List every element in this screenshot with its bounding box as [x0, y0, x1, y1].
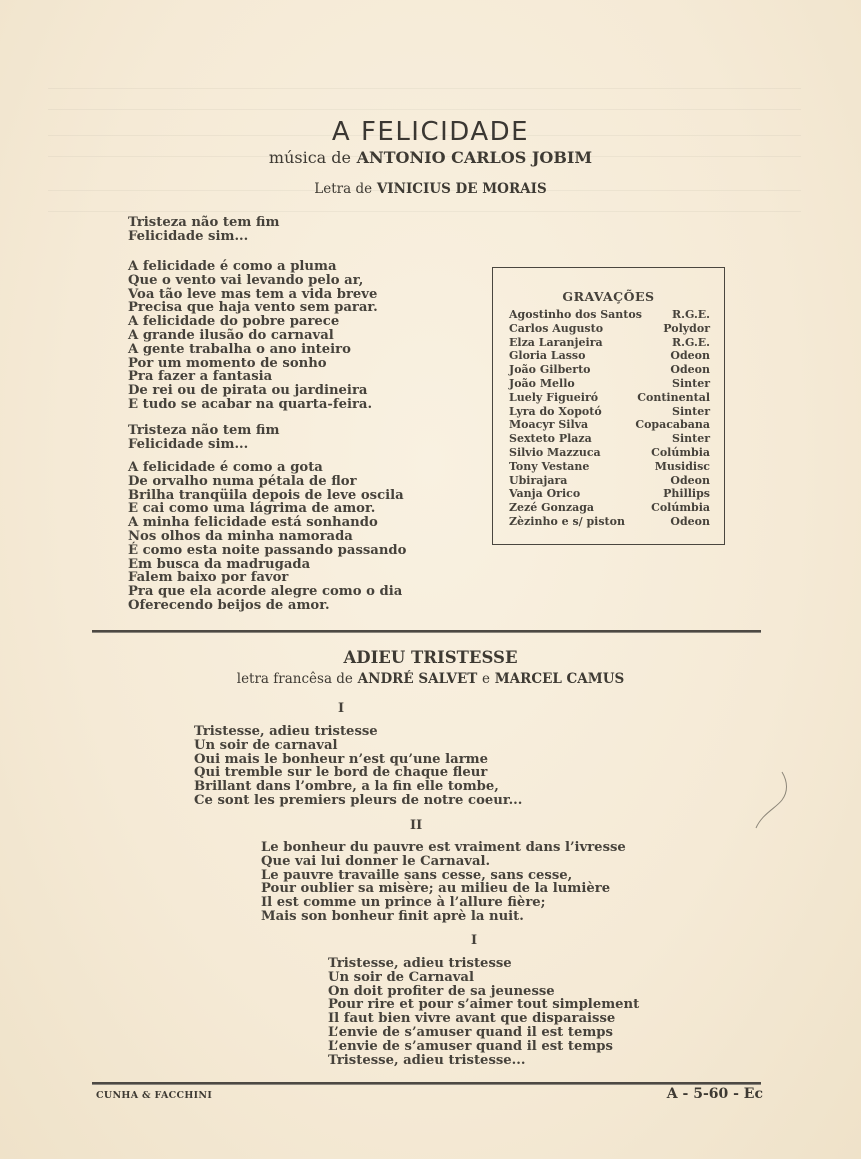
recording-label: Polydor [663, 322, 710, 336]
lyric-line: Pra que ela acorde alegre como o dia [128, 585, 406, 599]
lyric-line: Brilha tranqüila depois de leve oscila [128, 489, 406, 503]
recording-artist: Ubirajara [509, 474, 567, 488]
recording-label: Sinter [672, 377, 710, 391]
pencil-mark-icon [752, 770, 792, 830]
lyric-line: Un soir de Carnaval [328, 971, 639, 985]
recording-label: Musidisc [655, 460, 710, 474]
lyric-line: On doit profiter de sa jeunesse [328, 985, 639, 999]
lyricist-credit: Letra de VINICIUS DE MORAIS [0, 181, 861, 197]
recording-row: Sexteto PlazaSinter [509, 432, 710, 446]
recording-label: Odeon [670, 515, 710, 529]
recording-label: Sinter [672, 432, 710, 446]
song2-credit: letra francêsa de ANDRÉ SALVET e MARCEL … [0, 671, 861, 687]
lyric-line: Por um momento de sonho [128, 357, 378, 371]
recording-label: Sinter [672, 405, 710, 419]
french-verse-3: Tristesse, adieu tristesse Un soir de Ca… [328, 957, 639, 1067]
recording-artist: Agostinho dos Santos [509, 308, 642, 322]
lyric-line: Em busca da madrugada [128, 558, 406, 572]
recording-artist: Elza Laranjeira [509, 336, 603, 350]
recording-row: Agostinho dos SantosR.G.E. [509, 308, 710, 322]
lyric-line: L’envie de s’amuser quand il est temps [328, 1026, 639, 1040]
recording-artist: Tony Vestane [509, 460, 589, 474]
lyric-line: Tristeza não tem fim [128, 424, 279, 438]
verse-numeral: II [410, 818, 422, 833]
lyric-line: Oui mais le bonheur n’est qu’une larme [194, 753, 522, 767]
recording-row: UbirajaraOdeon [509, 474, 710, 488]
lyric-line: Tristesse, adieu tristesse [328, 957, 639, 971]
recording-row: Moacyr SilvaCopacabana [509, 418, 710, 432]
recording-artist: João Gilberto [509, 363, 591, 377]
lyric-line: A minha felicidade está sonhando [128, 516, 406, 530]
recording-label: Continental [637, 391, 710, 405]
song2-author-2: MARCEL CAMUS [495, 671, 625, 687]
lyric-line: Qui tremble sur le bord de chaque fleur [194, 766, 522, 780]
french-verse-2: Le bonheur du pauvre est vraiment dans l… [261, 841, 626, 924]
verse-numeral: I [471, 933, 477, 948]
french-verse-1: Tristesse, adieu tristesse Un soir de ca… [194, 725, 522, 808]
lyric-line: De orvalho numa pétala de flor [128, 475, 406, 489]
recording-row: Lyra do XopotóSinter [509, 405, 710, 419]
recording-row: Zezé GonzagaColúmbia [509, 501, 710, 515]
lyric-line: Brillant dans l’ombre, a la fin elle tom… [194, 780, 522, 794]
recording-artist: Lyra do Xopotó [509, 405, 602, 419]
recording-label: Copacabana [635, 418, 710, 432]
recording-row: João GilbertoOdeon [509, 363, 710, 377]
recording-artist: Vanja Orico [509, 487, 580, 501]
lyrics-prefix: Letra de [314, 181, 372, 197]
song-title: A FELICIDADE [0, 117, 861, 147]
lyric-line: Que o vento vai levando pelo ar, [128, 274, 378, 288]
lyric-line: A felicidade é como a pluma [128, 260, 378, 274]
lyric-line: Pour oublier sa misère; au milieu de la … [261, 882, 626, 896]
recording-artist: Luely Figueiró [509, 391, 598, 405]
verse-numeral: I [338, 701, 344, 716]
lyric-line: Precisa que haja vento sem parar. [128, 301, 378, 315]
composer-name: ANTONIO CARLOS JOBIM [357, 148, 592, 167]
recording-artist: Silvio Mazzuca [509, 446, 601, 460]
lyric-line: Le bonheur du pauvre est vraiment dans l… [261, 841, 626, 855]
lyric-line: De rei ou de pirata ou jardineira [128, 384, 378, 398]
recording-row: João MelloSinter [509, 377, 710, 391]
song2-title: ADIEU TRISTESSE [0, 648, 861, 667]
recording-row: Zèzinho e s/ pistonOdeon [509, 515, 710, 529]
lyric-line: Tristesse, adieu tristesse... [328, 1054, 639, 1068]
lyric-line: Un soir de carnaval [194, 739, 522, 753]
recording-label: R.G.E. [672, 308, 710, 322]
lyric-line: Mais son bonheur finit aprè la nuit. [261, 910, 626, 924]
publisher: CUNHA & FACCHINI [96, 1090, 212, 1101]
lyric-line: A felicidade é como a gota [128, 461, 406, 475]
stanza-verse-2: A felicidade é como a gota De orvalho nu… [128, 461, 406, 613]
song2-author-1: ANDRÉ SALVET [358, 671, 478, 687]
stanza-refrain: Tristeza não tem fim Felicidade sim... [128, 216, 279, 244]
section-divider [92, 630, 761, 633]
recordings-box: GRAVAÇÕES Agostinho dos SantosR.G.E. Car… [492, 267, 725, 545]
footer-divider [92, 1082, 761, 1085]
lyric-line: A gente trabalha o ano inteiro [128, 343, 378, 357]
recording-artist: Carlos Augusto [509, 322, 603, 336]
recording-row: Tony VestaneMusidisc [509, 460, 710, 474]
stanza-refrain: Tristeza não tem fim Felicidade sim... [128, 424, 279, 452]
recording-row: Vanja OricoPhillips [509, 487, 710, 501]
recording-row: Carlos AugustoPolydor [509, 322, 710, 336]
lyric-line: A felicidade do pobre parece [128, 315, 378, 329]
recording-label: Odeon [670, 349, 710, 363]
lyric-line: Felicidade sim... [128, 230, 279, 244]
recording-artist: João Mello [509, 377, 575, 391]
lyric-line: Oferecendo beijos de amor. [128, 599, 406, 613]
lyric-line: Ce sont les premiers pleurs de notre coe… [194, 794, 522, 808]
lyric-line: Tristeza não tem fim [128, 216, 279, 230]
song2-conjunction: e [482, 671, 490, 687]
lyric-line: Pour rire et pour s’aimer tout simplemen… [328, 998, 639, 1012]
lyric-line: Nos olhos da minha namorada [128, 530, 406, 544]
stanza-verse-1: A felicidade é como a pluma Que o vento … [128, 260, 378, 412]
recording-row: Gloria LassoOdeon [509, 349, 710, 363]
lyric-line: Tristesse, adieu tristesse [194, 725, 522, 739]
lyric-line: E cai como uma lágrima de amor. [128, 502, 406, 516]
recording-label: Colúmbia [651, 446, 710, 460]
sheet-page: A FELICIDADE música de ANTONIO CARLOS JO… [0, 0, 861, 1159]
recording-artist: Zezé Gonzaga [509, 501, 594, 515]
recording-artist: Moacyr Silva [509, 418, 588, 432]
lyric-line: Il est comme un prince à l’allure fière; [261, 896, 626, 910]
recording-row: Silvio MazzucaColúmbia [509, 446, 710, 460]
recording-label: Odeon [670, 363, 710, 377]
lyric-line: Que vai lui donner le Carnaval. [261, 855, 626, 869]
song2-lyrics-prefix: letra francêsa de [237, 671, 353, 687]
lyric-line: É como esta noite passando passando [128, 544, 406, 558]
recording-artist: Gloria Lasso [509, 349, 585, 363]
recording-label: R.G.E. [672, 336, 710, 350]
recording-label: Odeon [670, 474, 710, 488]
lyric-line: E tudo se acabar na quarta-feira. [128, 398, 378, 412]
recording-artist: Zèzinho e s/ piston [509, 515, 625, 529]
recording-row: Luely FigueiróContinental [509, 391, 710, 405]
lyricist-name: VINICIUS DE MORAIS [377, 181, 547, 197]
catalog-number: A - 5-60 - Ec [667, 1086, 763, 1102]
lyric-line: Falem baixo por favor [128, 571, 406, 585]
recording-label: Phillips [663, 487, 710, 501]
recording-label: Colúmbia [651, 501, 710, 515]
lyric-line: Voa tão leve mas tem a vida breve [128, 288, 378, 302]
lyric-line: L’envie de s’amuser quand il est temps [328, 1040, 639, 1054]
recording-artist: Sexteto Plaza [509, 432, 592, 446]
recordings-list: Agostinho dos SantosR.G.E. Carlos August… [509, 308, 710, 529]
lyric-line: Il faut bien vivre avant que disparaisse [328, 1012, 639, 1026]
lyric-line: A grande ilusão do carnaval [128, 329, 378, 343]
recordings-title: GRAVAÇÕES [493, 289, 724, 304]
composer-credit: música de ANTONIO CARLOS JOBIM [0, 148, 861, 167]
recording-row: Elza LaranjeiraR.G.E. [509, 336, 710, 350]
lyric-line: Pra fazer a fantasia [128, 370, 378, 384]
ghost-staff-lines [48, 88, 801, 110]
music-prefix: música de [269, 148, 351, 167]
lyric-line: Felicidade sim... [128, 438, 279, 452]
lyric-line: Le pauvre travaille sans cesse, sans ces… [261, 869, 626, 883]
